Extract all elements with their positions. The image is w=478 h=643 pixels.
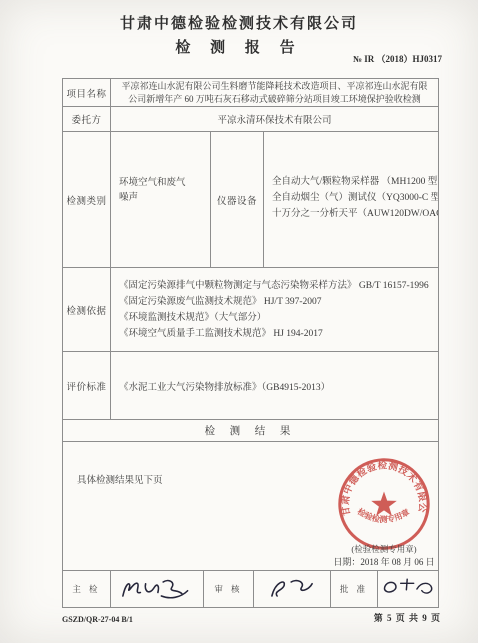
basis-label: 检测依据 xyxy=(63,268,111,351)
report-number: № IR （2018）HJ0317 xyxy=(353,52,442,65)
seal-date: 日期：2018 年 08 月 06 日 xyxy=(296,555,472,568)
basis-item: 《环境监测技术规范》（大气部分） xyxy=(119,310,436,326)
signature-row: 主 检 审 核 批 准 xyxy=(63,571,438,607)
standard-value: 《水泥工业大气污染物排放标准》（GB4915-2013） xyxy=(111,352,438,419)
standard-label: 评价标准 xyxy=(63,352,111,419)
category-value: 环境空气和废气 噪声 xyxy=(111,132,211,267)
reviewer-signature xyxy=(254,571,331,607)
category-label: 检测类别 xyxy=(63,132,111,267)
results-header-row: 检 测 结 果 xyxy=(63,420,438,442)
basis-row: 检测依据 《固定污染源排气中颗粒物测定与气态污染物采样方法》 GB/T 1615… xyxy=(63,268,438,352)
basis-item: 《环境空气质量手工监测技术规范》 HJ 194-2017 xyxy=(119,326,436,342)
category-line-1: 环境空气和废气 xyxy=(119,176,206,191)
project-name-label: 项目名称 xyxy=(63,79,111,106)
category-row: 检测类别 环境空气和废气 噪声 仪器设备 全自动大气/颗粒物采样器 （MH120… xyxy=(63,132,438,268)
report-info-table: 项目名称 平凉祁连山水泥有限公司生料磨节能降耗技术改造项目、平凉祁连山水泥有限公… xyxy=(62,78,439,608)
client-row: 委托方 平凉永清环保技术有限公司 xyxy=(63,107,438,132)
results-body-row: 具体检测结果见下页 甘肃中德检验检测技术有限公司 检验检测专用章 (检验检测专用… xyxy=(63,442,438,571)
company-seal-stamp: 甘肃中德检验检测技术有限公司 检验检测专用章 xyxy=(336,456,432,552)
seal-caption: (检验检测专用章) xyxy=(296,543,472,555)
project-name-value: 平凉祁连山水泥有限公司生料磨节能降耗技术改造项目、平凉祁连山水泥有限公司新增年产… xyxy=(111,79,438,106)
category-line-2: 噪声 xyxy=(119,191,206,206)
project-name-row: 项目名称 平凉祁连山水泥有限公司生料磨节能降耗技术改造项目、平凉祁连山水泥有限公… xyxy=(63,79,438,107)
instrument-item: 十万分之一分析天平（AUW120DW/OAC） xyxy=(272,206,436,222)
signature-scribble xyxy=(117,575,197,603)
instrument-item: 全自动烟尘（气）测试仪（YQ3000-C 型） xyxy=(272,190,436,206)
approver-signature xyxy=(378,571,438,607)
document-code: GSZD/QR-27-04 B/1 xyxy=(62,615,133,624)
basis-item: 《固定污染源废气监测技术规范》 HJ/T 397-2007 xyxy=(119,294,436,310)
seal-star-icon xyxy=(371,492,397,516)
company-title: 甘肃中德检验检测技术有限公司 xyxy=(0,12,478,33)
approver-label: 批 准 xyxy=(331,571,378,607)
signature-scribble xyxy=(378,575,438,603)
results-header: 检 测 结 果 xyxy=(63,420,438,441)
chief-inspector-label: 主 检 xyxy=(63,571,111,607)
instruments-label: 仪器设备 xyxy=(211,132,264,267)
instrument-item: 全自动大气/颗粒物采样器 （MH1200 型） xyxy=(272,174,436,190)
scanned-report-page: { "header": { "company": "甘肃中德检验检测技术有限公司… xyxy=(0,0,478,643)
signature-scribble xyxy=(260,575,324,603)
instruments-list: 全自动大气/颗粒物采样器 （MH1200 型） 全自动烟尘（气）测试仪（YQ30… xyxy=(264,132,438,267)
project-name-text: 平凉祁连山水泥有限公司生料磨节能降耗技术改造项目、平凉祁连山水泥有限公司新增年产… xyxy=(111,79,438,106)
basis-item: 《固定污染源排气中颗粒物测定与气态污染物采样方法》 GB/T 16157-199… xyxy=(119,278,436,294)
chief-inspector-signature xyxy=(111,571,204,607)
client-label: 委托方 xyxy=(63,107,111,131)
page-number: 第 5 页 共 9 页 xyxy=(374,611,441,624)
client-value: 平凉永清环保技术有限公司 xyxy=(111,107,438,131)
reviewer-label: 审 核 xyxy=(204,571,254,607)
standard-row: 评价标准 《水泥工业大气污染物排放标准》（GB4915-2013） xyxy=(63,352,438,420)
results-note: 具体检测结果见下页 xyxy=(77,472,163,486)
basis-list: 《固定污染源排气中颗粒物测定与气态污染物采样方法》 GB/T 16157-199… xyxy=(111,268,438,351)
